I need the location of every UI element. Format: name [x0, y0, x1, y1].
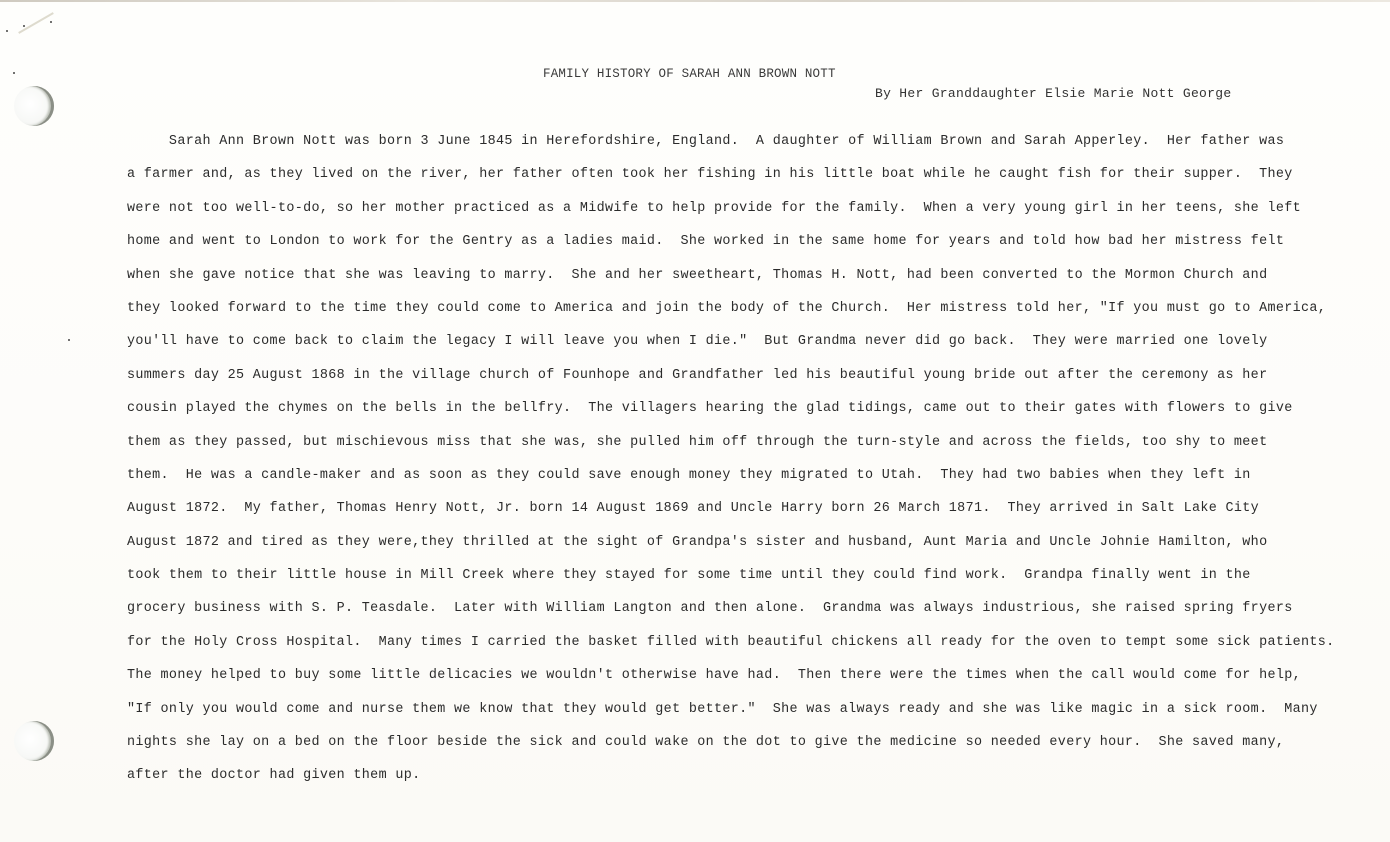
- text-line: for the Holy Cross Hospital. Many times …: [127, 633, 1367, 666]
- text-line: grocery business with S. P. Teasdale. La…: [127, 599, 1367, 632]
- text-line: cousin played the chymes on the bells in…: [127, 399, 1367, 432]
- text-line: nights she lay on a bed on the floor bes…: [127, 733, 1367, 766]
- text-line: when she gave notice that she was leavin…: [127, 266, 1367, 299]
- text-line: August 1872. My father, Thomas Henry Not…: [127, 499, 1367, 532]
- text-line: a farmer and, as they lived on the river…: [127, 165, 1367, 198]
- text-line: home and went to London to work for the …: [127, 232, 1367, 265]
- paper-top-edge: [0, 0, 1390, 2]
- paper-speck: [50, 21, 52, 23]
- text-line: Sarah Ann Brown Nott was born 3 June 184…: [127, 132, 1367, 165]
- document-title: FAMILY HISTORY OF SARAH ANN BROWN NOTT: [543, 67, 836, 81]
- text-line: took them to their little house in Mill …: [127, 566, 1367, 599]
- text-line: after the doctor had given them up.: [127, 766, 1367, 799]
- paper-speck: [13, 72, 15, 74]
- text-line: The money helped to buy some little deli…: [127, 666, 1367, 699]
- document-body: Sarah Ann Brown Nott was born 3 June 184…: [127, 132, 1367, 800]
- text-line: were not too well-to-do, so her mother p…: [127, 199, 1367, 232]
- punch-hole-icon: [14, 721, 54, 761]
- document-byline: By Her Granddaughter Elsie Marie Nott Ge…: [875, 86, 1231, 101]
- text-line: "If only you would come and nurse them w…: [127, 700, 1367, 733]
- text-line: summers day 25 August 1868 in the villag…: [127, 366, 1367, 399]
- punch-hole-icon: [14, 86, 54, 126]
- paper-smudge: [18, 12, 54, 34]
- text-line: August 1872 and tired as they were,they …: [127, 533, 1367, 566]
- paper-speck: [68, 339, 70, 341]
- text-line: them. He was a candle-maker and as soon …: [127, 466, 1367, 499]
- text-line: you'll have to come back to claim the le…: [127, 332, 1367, 365]
- text-line: them as they passed, but mischievous mis…: [127, 433, 1367, 466]
- paper-speck: [23, 25, 25, 27]
- text-line: they looked forward to the time they cou…: [127, 299, 1367, 332]
- document-page: FAMILY HISTORY OF SARAH ANN BROWN NOTT B…: [0, 0, 1390, 842]
- paper-speck: [6, 30, 8, 32]
